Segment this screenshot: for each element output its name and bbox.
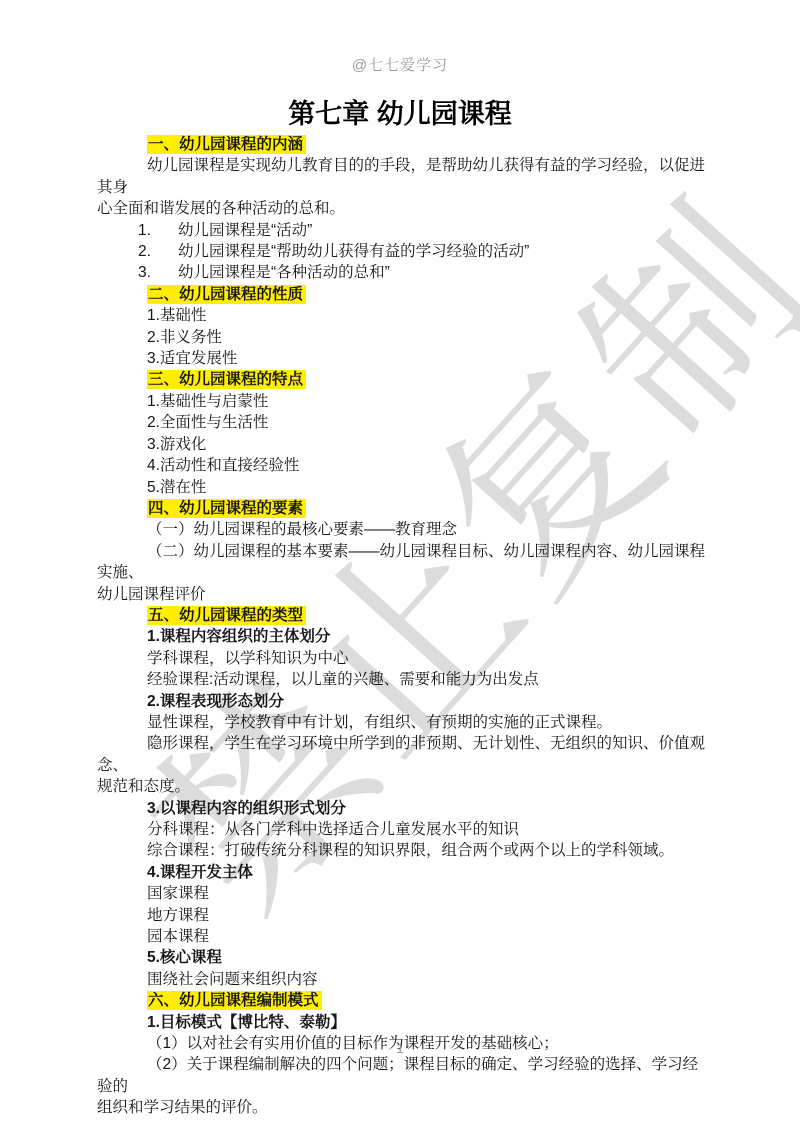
type-paragraph: 隐形课程，学生在学习环境中所学到的非预期、无计划性、无组织的知识、价值观念、 规…: [97, 733, 709, 797]
type-line: 地方课程: [97, 905, 709, 926]
section-2-heading: 二、幼儿园课程的性质: [97, 284, 709, 305]
property-line: 1.基础性: [97, 305, 709, 326]
property-line: 2.非义务性: [97, 327, 709, 348]
section-1-intro-paragraph: 幼儿园课程是实现幼儿教育目的的手段，是帮助幼儿获得有益的学习经验，以促进其身 心…: [97, 155, 709, 219]
type-line: 经验课程:活动课程，以儿童的兴趣、需要和能力为出发点: [97, 669, 709, 690]
type-line: 学科课程，以学科知识为中心: [97, 648, 709, 669]
definitions-list: 1.幼儿园课程是“活动” 2.幼儿园课程是“帮助幼儿获得有益的学习经验的活动” …: [97, 220, 709, 284]
highlighted-heading: 五、幼儿园课程的类型: [147, 606, 306, 625]
subsection-title: 1.课程内容组织的主体划分: [97, 626, 709, 647]
list-item-text: 幼儿园课程是“帮助幼儿获得有益的学习经验的活动”: [178, 241, 529, 262]
section-6-heading: 六、幼儿园课程编制模式: [97, 990, 709, 1011]
chapter-title: 第七章 幼儿园课程: [0, 92, 800, 131]
feature-line: 4.活动性和直接经验性: [97, 455, 709, 476]
author-watermark: @七七爱学习: [0, 54, 800, 75]
list-item-number: 2.: [138, 241, 178, 262]
section-5-heading: 五、幼儿园课程的类型: [97, 605, 709, 626]
list-item-number: 1.: [138, 220, 178, 241]
model-paragraph: （2）关于课程编制解决的四个问题；课程目标的确定、学习经验的选择、学习经验的 组…: [97, 1054, 709, 1118]
type-line: 国家课程: [97, 883, 709, 904]
feature-line: 3.游戏化: [97, 434, 709, 455]
document-page: @七七爱学习 禁止复制 第七章 幼儿园课程 一、幼儿园课程的内涵 幼儿园课程是实…: [0, 0, 800, 1128]
property-line: 3.适宜发展性: [97, 348, 709, 369]
element-paragraph: （一）幼儿园课程的最核心要素——教育理念: [97, 519, 709, 540]
highlighted-heading: 六、幼儿园课程编制模式: [147, 991, 322, 1010]
list-item-text: 幼儿园课程是“各种活动的总和”: [178, 262, 390, 283]
feature-line: 1.基础性与启蒙性: [97, 391, 709, 412]
document-body: 一、幼儿园课程的内涵 幼儿园课程是实现幼儿教育目的的手段，是帮助幼儿获得有益的学…: [97, 134, 709, 1119]
type-paragraph: 显性课程，学校教育中有计划，有组织、有预期的实施的正式课程。: [97, 712, 709, 733]
subsection-title: 2.课程表现形态划分: [97, 691, 709, 712]
type-line: 综合课程：打破传统分科课程的知识界限，组合两个或两个以上的学科领域。: [97, 840, 709, 861]
feature-line: 2.全面性与生活性: [97, 412, 709, 433]
subsection-title: 5.核心课程: [97, 947, 709, 968]
list-item-text: 幼儿园课程是“活动”: [178, 220, 312, 241]
subsection-title: 3.以课程内容的组织形式划分: [97, 798, 709, 819]
highlighted-heading: 三、幼儿园课程的特点: [147, 370, 306, 389]
section-1-heading: 一、幼儿园课程的内涵: [97, 134, 709, 155]
type-line: 分科课程：从各门学科中选择适合儿童发展水平的知识: [97, 819, 709, 840]
highlighted-heading: 二、幼儿园课程的性质: [147, 285, 306, 304]
feature-line: 5.潜在性: [97, 477, 709, 498]
subsection-title: 1.目标模式【博比特、泰勒】: [97, 1012, 709, 1033]
section-3-heading: 三、幼儿园课程的特点: [97, 369, 709, 390]
highlighted-heading: 四、幼儿园课程的要素: [147, 499, 306, 518]
highlighted-heading: 一、幼儿园课程的内涵: [147, 135, 306, 154]
type-line: 围绕社会问题来组织内容: [97, 969, 709, 990]
list-item: 3.幼儿园课程是“各种活动的总和”: [138, 262, 709, 283]
subsection-title: 4.课程开发主体: [97, 862, 709, 883]
list-item: 1.幼儿园课程是“活动”: [138, 220, 709, 241]
list-item-number: 3.: [138, 262, 178, 283]
type-line: 园本课程: [97, 926, 709, 947]
element-paragraph: （二）幼儿园课程的基本要素——幼儿园课程目标、幼儿园课程内容、幼儿园课程实施、 …: [97, 541, 709, 605]
section-4-heading: 四、幼儿园课程的要素: [97, 498, 709, 519]
page-number: 1: [0, 1040, 800, 1056]
list-item: 2.幼儿园课程是“帮助幼儿获得有益的学习经验的活动”: [138, 241, 709, 262]
